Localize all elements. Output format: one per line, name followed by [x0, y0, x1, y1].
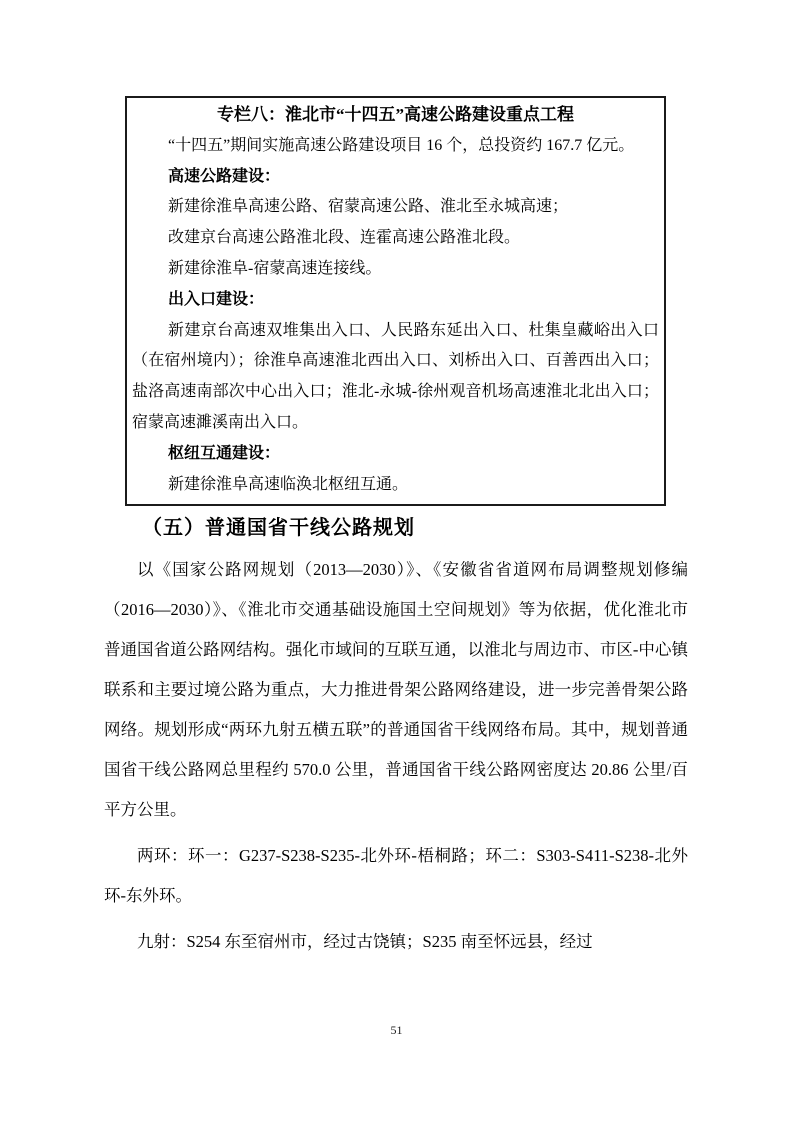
page-number: 51 — [0, 1023, 793, 1038]
expressway-construction-label: 高速公路建设： — [132, 162, 659, 193]
hub-interchange-item: 新建徐淮阜高速临涣北枢纽互通。 — [132, 470, 659, 501]
expressway-item: 改建京台高速公路淮北段、连霍高速公路淮北段。 — [132, 223, 659, 254]
callout-box-intro: “十四五”期间实施高速公路建设项目 16 个，总投资约 167.7 亿元。 — [132, 131, 659, 162]
document-page: 专栏八：淮北市“十四五”高速公路建设重点工程 “十四五”期间实施高速公路建设项目… — [0, 0, 793, 1122]
callout-box-title: 专栏八：淮北市“十四五”高速公路建设重点工程 — [132, 100, 659, 131]
section-heading: （五）普通国省干线公路规划 — [104, 514, 688, 542]
body-paragraph-two-rings: 两环：环一：G237-S238-S235-北外环-梧桐路；环二：S303-S41… — [104, 836, 688, 916]
key-projects-callout-box: 专栏八：淮北市“十四五”高速公路建设重点工程 “十四五”期间实施高速公路建设项目… — [125, 96, 666, 506]
entrance-exit-construction-label: 出入口建设： — [132, 285, 659, 316]
expressway-item: 新建徐淮阜高速公路、宿蒙高速公路、淮北至永城高速； — [132, 192, 659, 223]
body-paragraph-overview: 以《国家公路网规划（2013—2030）》、《安徽省省道网布局调整规划修编（20… — [104, 550, 688, 830]
hub-interchange-construction-label: 枢纽互通建设： — [132, 439, 659, 470]
expressway-item: 新建徐淮阜-宿蒙高速连接线。 — [132, 254, 659, 285]
body-text-block: 以《国家公路网规划（2013—2030）》、《安徽省省道网布局调整规划修编（20… — [104, 550, 688, 962]
body-paragraph-nine-radials: 九射：S254 东至宿州市，经过古饶镇；S235 南至怀远县，经过 — [104, 922, 688, 962]
entrance-exit-item: 新建京台高速双堆集出入口、人民路东延出入口、杜集皇藏峪出入口（在宿州境内）；徐淮… — [132, 316, 659, 439]
